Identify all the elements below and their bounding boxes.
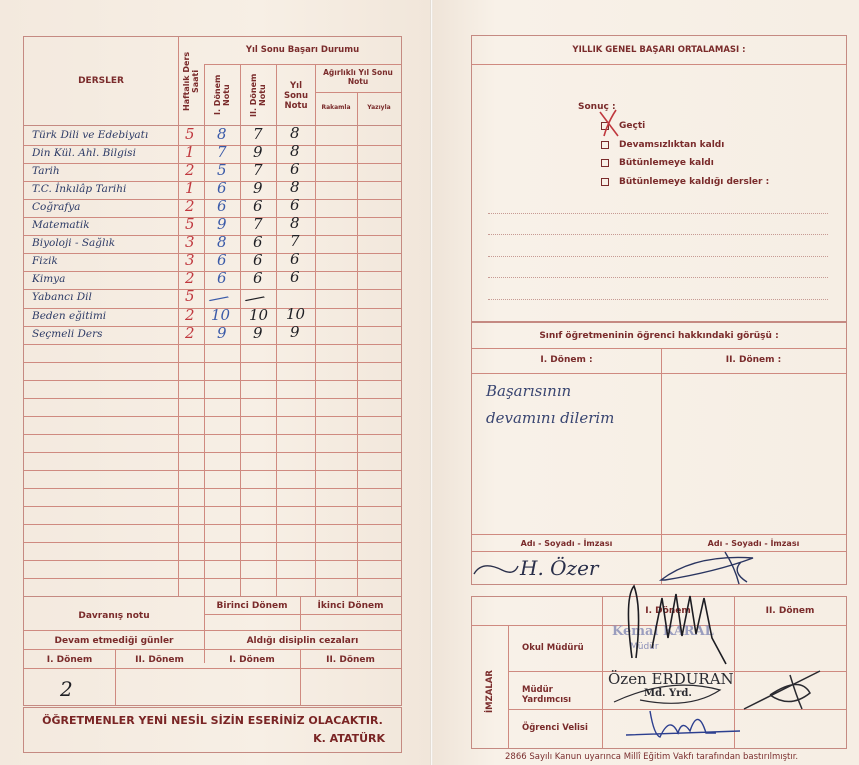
weekly-hours-value: 1 xyxy=(185,179,195,197)
year-end-grade-value: 6 xyxy=(290,196,300,214)
discipline-term2-label: II. Dönem xyxy=(300,655,401,665)
footer-note: 2866 Sayılı Kanun uyarınca Millî Eğitim … xyxy=(505,752,798,762)
term2-grade-value: 6 xyxy=(253,251,263,269)
absence-term2-label: II. Dönem xyxy=(115,655,204,665)
quote-text: ÖĞRETMENLER YENİ NESİL SİZİN ESERİNİZ OL… xyxy=(24,714,401,727)
ataturk-quote-box: ÖĞRETMENLER YENİ NESİL SİZİN ESERİNİZ OL… xyxy=(23,707,402,753)
term1-grade-value: 5 xyxy=(217,161,227,179)
term2-grade-value: 6 xyxy=(253,269,263,287)
vice-principal-scribble-icon xyxy=(610,680,730,710)
term1-grade-value: 8 xyxy=(217,125,227,143)
annual-average-title: YILLIK GENEL BAŞARI ORTALAMASI : xyxy=(472,45,846,55)
absence-label: Devam etmediği günler xyxy=(24,636,204,646)
header-in-numbers: Rakamla xyxy=(315,92,357,125)
weekly-hours-value: 2 xyxy=(185,161,195,179)
term1-grade-value: 10 xyxy=(211,306,230,324)
term2-grade-value: 9 xyxy=(253,324,263,342)
absence-term1-label: I. Dönem xyxy=(24,655,115,665)
teacher-opinion-box: Sınıf öğretmeninin öğrenci hakkındaki gö… xyxy=(471,322,847,585)
role-parent: Öğrenci Velisi xyxy=(508,723,602,733)
year-end-grade-value: 8 xyxy=(290,214,300,232)
term1-grade-value: 6 xyxy=(217,251,227,269)
term2-grade-value: 9 xyxy=(253,179,263,197)
discipline-label: Aldığı disiplin cezaları xyxy=(204,636,401,646)
subject-name: Coğrafya xyxy=(32,201,80,213)
weekly-hours-value: 5 xyxy=(185,215,195,233)
teacher-signature-scribble-icon xyxy=(472,556,522,582)
behavior-second-term-label: İkinci Dönem xyxy=(300,601,401,611)
header-year-end-grade: Yıl Sonu Notu xyxy=(282,69,310,125)
year-end-grade-value: 9 xyxy=(290,323,300,341)
year-end-grade-value: 8 xyxy=(290,142,300,160)
header-term1-grade: I. Dönem Notu xyxy=(206,67,238,123)
subject-name: Beden eğitimi xyxy=(32,310,106,322)
header-in-words: Yazıyla xyxy=(357,92,401,125)
behavior-label: Davranış notu xyxy=(24,611,204,621)
term1-grade-value: 6 xyxy=(217,179,227,197)
subject-name: Biyoloji - Sağlık xyxy=(32,237,115,249)
subject-name: Seçmeli Ders xyxy=(32,328,103,340)
header-subjects: DERSLER xyxy=(24,37,178,125)
year-end-grade-value: 6 xyxy=(290,160,300,178)
signature-label-2: Adı - Soyadı - İmzası xyxy=(661,539,846,548)
term1-grade-value: 7 xyxy=(217,143,227,161)
year-end-grade-value: 8 xyxy=(290,178,300,196)
quote-author: K. ATATÜRK xyxy=(313,732,385,745)
checkbox-icon[interactable] xyxy=(601,141,609,149)
year-end-grade-value: 6 xyxy=(290,250,300,268)
opinion-term2-label: II. Dönem : xyxy=(661,355,846,365)
subject-name: Fizik xyxy=(32,255,58,267)
result-option[interactable]: Bütünlemeye kaldığı dersler : xyxy=(601,177,769,187)
grades-table: DERSLER Haftalık Ders Saati Yıl Sonu Baş… xyxy=(23,36,402,597)
checkbox-icon[interactable] xyxy=(601,178,609,186)
parent-signature-icon xyxy=(620,705,750,745)
teacher-opinion-title: Sınıf öğretmeninin öğrenci hakkındaki gö… xyxy=(472,331,846,341)
term1-grade-value: 9 xyxy=(217,215,227,233)
signature-label-1: Adı - Soyadı - İmzası xyxy=(472,539,661,548)
weekly-hours-value: 2 xyxy=(185,324,195,342)
subject-name: Tarih xyxy=(32,165,60,177)
absence-term1-value: 2 xyxy=(60,677,73,701)
year-end-grade-value: 10 xyxy=(286,305,305,323)
opinion-term1-label: I. Dönem : xyxy=(472,355,661,365)
year-end-grade-value: 8 xyxy=(290,124,300,142)
weekly-hours-value: 5 xyxy=(185,287,195,305)
behavior-absence-box: Davranış notu Birinci Dönem İkinci Dönem… xyxy=(23,596,402,706)
term2-grade-value: 7 xyxy=(253,215,263,233)
weekly-hours-value: 5 xyxy=(185,125,195,143)
opinion-term1-text: Başarısının devamını dilerim xyxy=(486,378,636,432)
subject-name: Din Kül. Ahl. Bilgisi xyxy=(32,147,136,159)
subject-name: T.C. İnkılâp Tarihi xyxy=(32,183,126,195)
teacher-signature: H. Özer xyxy=(520,556,599,580)
result-option[interactable]: Devamsızlıktan kaldı xyxy=(601,140,724,150)
year-end-grade-value: 7 xyxy=(290,232,300,250)
subject-name: Matematik xyxy=(32,219,90,231)
weekly-hours-value: 2 xyxy=(185,197,195,215)
signatures-side-label: İMZALAR xyxy=(480,667,500,717)
term1-grade-value: 6 xyxy=(217,269,227,287)
discipline-term1-label: I. Dönem xyxy=(204,655,300,665)
result-option[interactable]: Bütünlemeye kaldı xyxy=(601,158,714,168)
term2-grade-value: 7 xyxy=(253,125,263,143)
weekly-hours-value: 2 xyxy=(185,306,195,324)
principal-signature-icon xyxy=(622,578,752,668)
weekly-hours-value: 3 xyxy=(185,251,195,269)
term2-grade-value: 6 xyxy=(253,197,263,215)
header-weighted-grade: Ağırlıklı Yıl Sonu Notu xyxy=(315,64,401,92)
behavior-first-term-label: Birinci Dönem xyxy=(204,601,300,611)
header-year-end-status: Yıl Sonu Başarı Durumu xyxy=(204,37,401,64)
subject-name: Kimya xyxy=(32,273,65,285)
term2-grade-value: 7 xyxy=(253,161,263,179)
term1-grade-value: 6 xyxy=(217,197,227,215)
role-principal: Okul Müdürü xyxy=(508,643,602,653)
term2-grade-value: 9 xyxy=(253,143,263,161)
term2-grade-value: 6 xyxy=(253,233,263,251)
term1-grade-value: 8 xyxy=(217,233,227,251)
header-weekly-hours: Haftalık Ders Saati xyxy=(180,41,202,121)
weekly-hours-value: 1 xyxy=(185,143,195,161)
weekly-hours-value: 3 xyxy=(185,233,195,251)
term2-grade-value: 10 xyxy=(249,306,268,324)
page-fold xyxy=(430,0,433,765)
subject-name: Türk Dili ve Edebiyatı xyxy=(32,129,148,141)
vice-principal-signature-icon xyxy=(740,665,830,715)
header-term2-grade: II. Dönem Notu xyxy=(242,67,274,123)
checkmark-x-icon xyxy=(596,108,622,138)
checkbox-icon[interactable] xyxy=(601,159,609,167)
subject-name: Yabancı Dil xyxy=(32,291,92,303)
term1-grade-value: 9 xyxy=(217,324,227,342)
weekly-hours-value: 2 xyxy=(185,269,195,287)
year-end-grade-value: 6 xyxy=(290,268,300,286)
role-vice-principal: Müdür Yardımcısı xyxy=(508,685,602,705)
